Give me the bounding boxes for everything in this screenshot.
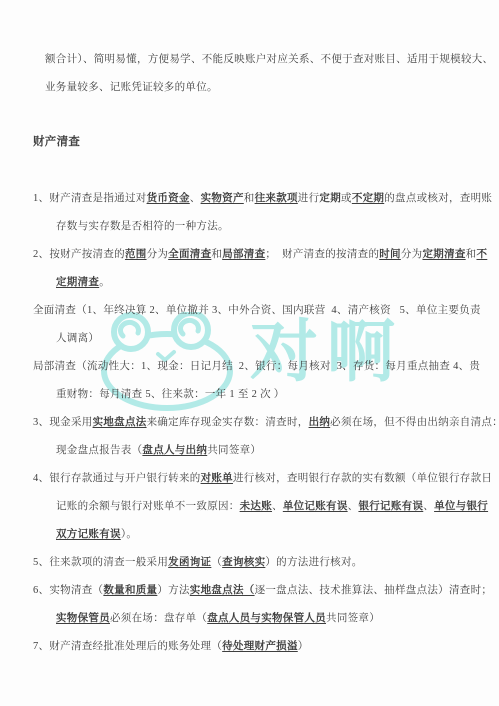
emphasized-text-segment: 定期清查 <box>56 277 99 288</box>
text-segment: 局部清查（流动性大：1、现金：日记月结 2、银行：每月核对 3、存货：每月重点抽… <box>33 361 480 372</box>
emphasized-text-segment: 往来款项 <box>255 193 298 204</box>
text-segment: 共同签章） <box>207 445 261 456</box>
text-segment: 和 <box>211 249 222 260</box>
text-segment: 进行 <box>298 193 320 204</box>
emphasized-text-segment: 盘点人员与实物保管人员 <box>207 613 326 624</box>
emphasized-text-segment: 未达账 <box>240 501 272 512</box>
emphasized-text-segment: 实地盘点法（ <box>190 585 255 596</box>
emphasized-text-segment: 定期 <box>319 193 341 204</box>
text-segment: 额合计）、简明易懂，方便易学、不能反映账户对应关系、不便于查对账目、适用于规模较… <box>45 54 493 65</box>
text-segment: 2、按财产按清查的 <box>33 249 125 260</box>
text-segment: ）方法 <box>157 585 189 596</box>
emphasized-text-segment: 盘点人与出纳 <box>142 445 207 456</box>
emphasized-text-segment: 发函询证 <box>168 557 211 568</box>
text-segment: 、 <box>190 193 201 204</box>
partial-check-note-line-1: 局部清查（流动性大：1、现金：日记月结 2、银行：每月核对 3、存货：每月重点抽… <box>0 353 499 381</box>
emphasized-text-segment: 不 <box>476 249 487 260</box>
text-segment: 1、财产清查是指通过对 <box>33 193 147 204</box>
text-segment: 业务量较多、记账凭证较多的单位。 <box>45 82 218 93</box>
text-segment: 和 <box>244 193 255 204</box>
item-5-line-1: 5、往来款项的清查一般采用发函询证（查询核实）的方法进行核对。 <box>0 549 499 577</box>
emphasized-text-segment: 单位记账有误 <box>283 501 348 512</box>
emphasized-text-segment: 全面清查 <box>168 249 211 260</box>
text-segment: 进行核对，查明银行存款的实有数额（单位银行存款日 <box>233 473 492 484</box>
text-segment: ） <box>298 641 309 652</box>
text-segment: ； 财产清查的按清查的 <box>265 249 379 260</box>
emphasized-text-segment: 局部清查 <box>222 249 265 260</box>
text-segment: 分为 <box>401 249 423 260</box>
emphasized-text-segment: 实地盘点法 <box>93 417 147 428</box>
para-tail-line-1: 额合计）、简明易懂，方便易学、不能反映账户对应关系、不便于查对账目、适用于规模较… <box>0 46 499 74</box>
text-segment: 7、财产清查经批准处理后的账务处理（ <box>33 641 222 652</box>
full-check-note-line-1: 全面清查（1、年终决算 2、单位撤并 3、中外合资、国内联营 4、清产核资 5、… <box>0 297 499 325</box>
para-tail-line-2: 业务量较多、记账凭证较多的单位。 <box>0 74 499 102</box>
text-segment: 4、银行存款通过与开户银行转来的 <box>33 473 201 484</box>
text-segment: 6、实物清查（ <box>33 585 103 596</box>
item-3-line-2: 现金盘点报告表（盘点人与出纳共同签章） <box>0 437 499 465</box>
document-page: 对啊 额合计）、简明易懂，方便易学、不能反映账户对应关系、不便于查对账目、适用于… <box>0 0 499 706</box>
emphasized-text-segment: 双方记账有误 <box>56 529 121 540</box>
text-segment: 现金盘点报告表（ <box>56 445 142 456</box>
text-segment: 的盘点或核对，查明账 <box>384 193 492 204</box>
item-3-line-1: 3、现金采用实地盘点法来确定库存现金实存数：清查时，出纳必须在场，但不得由出纳亲… <box>0 409 499 437</box>
text-segment: 人调离） <box>56 333 99 344</box>
text-segment: 。 <box>99 277 110 288</box>
text-segment: 分为 <box>147 249 169 260</box>
text-segment: 存数与实存数是否相符的一种方法。 <box>56 221 229 232</box>
emphasized-text-segment: 待处理财产损溢 <box>222 641 298 652</box>
text-segment: 、 <box>348 501 359 512</box>
item-2-line-1: 2、按财产按清查的范围分为全面清查和局部清查； 财产清查的按清查的时间分为定期清… <box>0 241 499 269</box>
text-segment: 必须在场：盘存单（ <box>110 613 207 624</box>
text-segment: 、 <box>423 501 434 512</box>
emphasized-text-segment: 货币资金 <box>147 193 190 204</box>
item-4-line-2: 记账的余额与银行对账单不一致原因：未达账、单位记账有误、银行记账有误、单位与银行 <box>0 493 499 521</box>
emphasized-text-segment: 数量和质量 <box>103 585 157 596</box>
emphasized-text-segment: 不定期 <box>352 193 384 204</box>
text-segment: ）。 <box>121 529 137 540</box>
text-segment: 5、往来款项的清查一般采用 <box>33 557 168 568</box>
text-segment: 来确定库存现金实存数：清查时， <box>147 417 309 428</box>
item-4-line-3: 双方记账有误）。 <box>0 521 499 549</box>
item-6-line-1: 6、实物清查（数量和质量）方法实地盘点法（逐一盘点法、技术推算法、抽样盘点法）清… <box>0 577 499 605</box>
emphasized-text-segment: 时间 <box>379 249 401 260</box>
item-6-line-2: 实物保管员必须在场：盘存单（盘点人员与实物保管人员共同签章） <box>0 605 499 633</box>
emphasized-text-segment: 出纳 <box>309 417 331 428</box>
text-segment: 共同签章） <box>326 613 380 624</box>
emphasized-text-segment: 范围 <box>125 249 147 260</box>
item-7-line-1: 7、财产清查经批准处理后的账务处理（待处理财产损溢） <box>0 633 499 661</box>
text-segment: 3、现金采用 <box>33 417 93 428</box>
item-1-line-2: 存数与实存数是否相符的一种方法。 <box>0 213 499 241</box>
item-1-line-1: 1、财产清查是指通过对货币资金、实物资产和往来款项进行定期或不定期的盘点或核对，… <box>0 185 499 213</box>
text-segment: 必须在场，但不得由出纳亲自清点： <box>330 417 499 428</box>
text-segment: （ <box>211 557 222 568</box>
text-segment: 逐一盘点法、技术推算法、抽样盘点法）清查时； <box>255 585 493 596</box>
emphasized-text-segment: 定期清查 <box>422 249 465 260</box>
emphasized-text-segment: 实物保管员 <box>56 613 110 624</box>
emphasized-text-segment: 实物资产 <box>201 193 244 204</box>
emphasized-text-segment: 财产清查 <box>33 136 80 148</box>
emphasized-text-segment: 对账单 <box>201 473 233 484</box>
section-title: 财产清查 <box>0 128 499 156</box>
full-check-note-line-2: 人调离） <box>0 325 499 353</box>
text-segment: ）的方法进行核对。 <box>265 557 362 568</box>
emphasized-text-segment: 银行记账有误 <box>358 501 423 512</box>
item-4-line-1: 4、银行存款通过与开户银行转来的对账单进行核对，查明银行存款的实有数额（单位银行… <box>0 465 499 493</box>
emphasized-text-segment: 查询核实 <box>222 557 265 568</box>
text-segment: 、 <box>272 501 283 512</box>
emphasized-text-segment: 单位与银行 <box>434 501 488 512</box>
document-content: 额合计）、简明易懂，方便易学、不能反映账户对应关系、不便于查对账目、适用于规模较… <box>0 0 499 706</box>
text-segment: 全面清查（1、年终决算 2、单位撤并 3、中外合资、国内联营 4、清产核资 5、… <box>33 305 481 316</box>
text-segment: 记账的余额与银行对账单不一致原因： <box>56 501 240 512</box>
text-segment: 或 <box>341 193 352 204</box>
partial-check-note-line-2: 重财物：每月清查 5、往来款：一年 1 至 2 次 ） <box>0 381 499 409</box>
text-segment: 重财物：每月清查 5、往来款：一年 1 至 2 次 ） <box>56 389 285 400</box>
item-2-line-2: 定期清查。 <box>0 269 499 297</box>
text-segment: 和 <box>466 249 477 260</box>
